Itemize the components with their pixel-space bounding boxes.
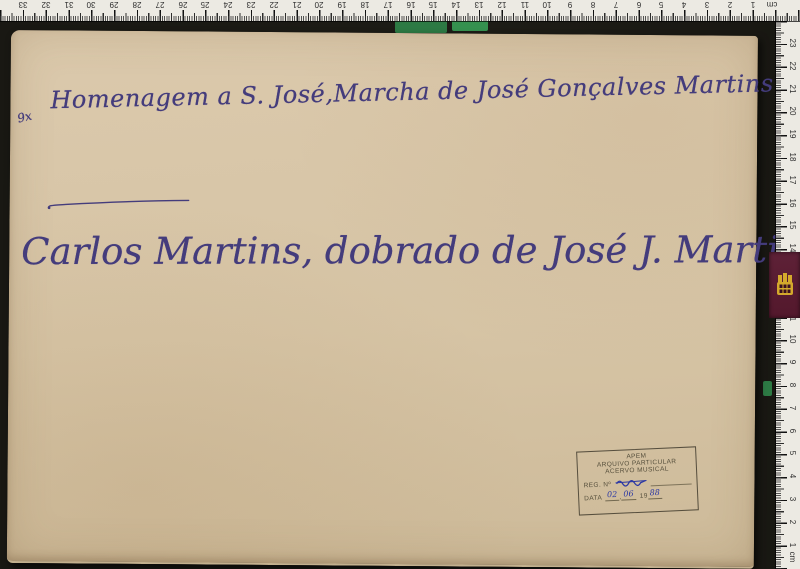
ruler-number: 17 — [785, 173, 797, 187]
ruler-number: 23 — [785, 36, 797, 50]
ruler-number: 8 — [585, 0, 601, 9]
ruler-number: 1 — [745, 0, 761, 9]
ruler-number: 32 — [38, 0, 54, 9]
ruler-number: 18 — [357, 0, 373, 9]
ruler-number: 30 — [83, 0, 99, 9]
ruler-number: 3 — [699, 0, 715, 9]
handwriting-line-1: Homenagem a S. José, Marcha de José Gonç… — [50, 70, 726, 114]
ruler-number: 26 — [175, 0, 191, 9]
reg-number-scribble-icon — [614, 477, 648, 489]
stamp-date-year: 88 — [647, 489, 662, 499]
green-tape-patch — [763, 381, 772, 396]
ruler-number: 9 — [562, 0, 578, 9]
ruler-number: 5 — [785, 446, 797, 460]
ruler-number: 20 — [785, 104, 797, 118]
ruler-number: 7 — [785, 401, 797, 415]
margin-annotation: 9x — [16, 109, 33, 126]
ruler-number: 29 — [106, 0, 122, 9]
ruler-number: 24 — [220, 0, 236, 9]
ruler-number: 5 — [653, 0, 669, 9]
green-tape-patch — [395, 20, 447, 33]
handwriting-composer-phrase: Marcha de José Gonçalves Martins — [333, 69, 774, 107]
ruler-number: 16 — [785, 196, 797, 210]
ruler-number: 8 — [785, 378, 797, 392]
archive-brand-label — [769, 252, 800, 318]
ruler-number: 33 — [15, 0, 31, 9]
handwriting-line-2: Carlos Martins, dobrado de José J. Marti… — [21, 228, 747, 273]
archive-stamp: APEM ARQUIVO PARTICULAR ACERVO MUSICAL R… — [576, 446, 699, 515]
ruler-number: 2 — [785, 515, 797, 529]
handwriting-title-phrase: Homenagem a S. José, — [50, 80, 334, 115]
ruler-number: 23 — [243, 0, 259, 9]
paper-sheet: 9x Homenagem a S. José, Marcha de José G… — [7, 30, 758, 569]
ruler-number: 18 — [785, 150, 797, 164]
ruler-number: 3 — [785, 492, 797, 506]
stamp-reg-label: REG. Nº — [583, 481, 611, 489]
ruler-number: 25 — [197, 0, 213, 9]
ruler-number: 15 — [785, 218, 797, 232]
ruler-number: 19 — [334, 0, 350, 9]
stamp-reg-blank-line — [650, 478, 692, 487]
stamp-date-month: 06 — [621, 490, 636, 500]
ruler-number: 10 — [785, 332, 797, 346]
ruler-number: 4 — [785, 469, 797, 483]
ruler-number: 2 — [722, 0, 738, 9]
ruler-number: 11 — [517, 0, 533, 9]
ruler-number: 14 — [448, 0, 464, 9]
ruler-number: 10 — [539, 0, 555, 9]
ruler-number: 20 — [311, 0, 327, 9]
stamp-date-day: 02 — [605, 491, 620, 501]
ruler-number: 22 — [785, 59, 797, 73]
ruler-number: 9 — [785, 355, 797, 369]
ruler-number: 15 — [425, 0, 441, 9]
stamp-date-row: DATA 02 , 06 19 88 — [584, 488, 692, 503]
green-tape-patch — [452, 20, 488, 31]
ruler-number: 13 — [471, 0, 487, 9]
ruler-number: 19 — [785, 127, 797, 141]
ruler-number: 16 — [403, 0, 419, 9]
gold-emblem-icon — [774, 272, 796, 298]
stamp-registration-row: REG. Nº — [583, 475, 691, 490]
ruler-number: 21 — [289, 0, 305, 9]
ruler-number: 6 — [631, 0, 647, 9]
horizontal-ruler-cm: 3332313029282726252423222120191817161514… — [0, 0, 800, 21]
scanned-document-page: 9x Homenagem a S. José, Marcha de José G… — [0, 0, 800, 569]
ruler-number: 12 — [494, 0, 510, 9]
ruler-number: 28 — [129, 0, 145, 9]
ruler-number: 4 — [676, 0, 692, 9]
ruler-number: 17 — [380, 0, 396, 9]
ruler-number: 31 — [61, 0, 77, 9]
ruler-number: 7 — [608, 0, 624, 9]
pen-dash-stroke — [46, 196, 192, 213]
ruler-number: 27 — [152, 0, 168, 9]
ruler-number: 21 — [785, 82, 797, 96]
ruler-number: 6 — [785, 424, 797, 438]
ruler-number: 22 — [266, 0, 282, 9]
cm-unit-label-horizontal: cm — [764, 0, 780, 9]
cm-unit-label-vertical: cm — [785, 550, 797, 564]
stamp-date-label: DATA — [584, 495, 602, 503]
